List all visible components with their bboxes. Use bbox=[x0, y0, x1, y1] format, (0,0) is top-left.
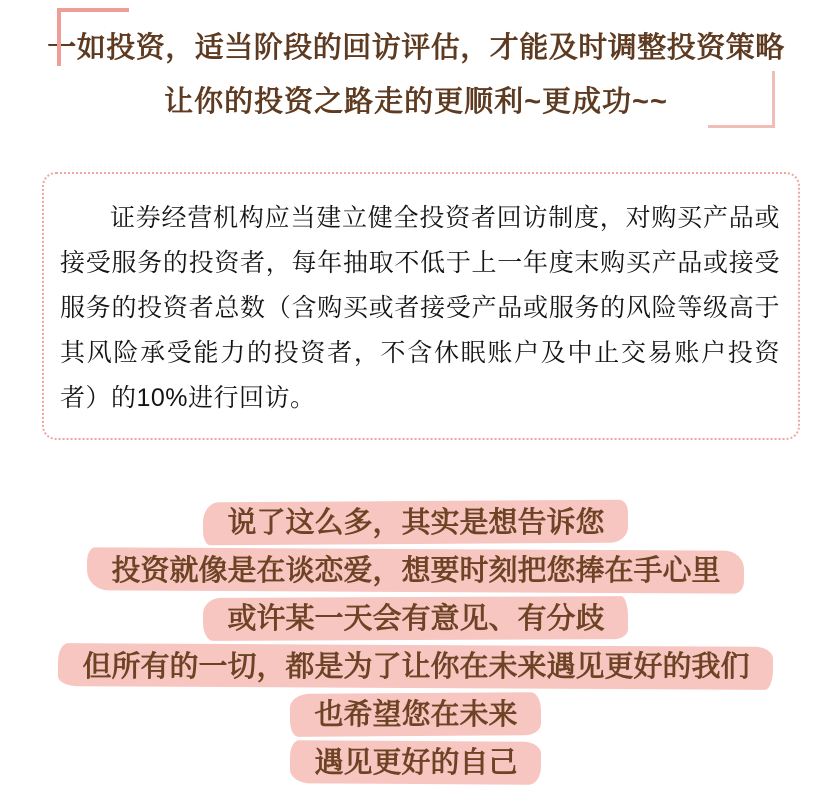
header: 一如投资，适当阶段的回访评估，才能及时调整投资策略 让你的投资之路走的更顺利~更… bbox=[0, 0, 832, 172]
slogan-row: 投资就像是在谈恋爱，想要时刻把您捧在手心里 bbox=[0, 545, 832, 593]
slogan-highlight: 但所有的一切，都是为了让你在未来遇见更好的我们 bbox=[76, 642, 755, 689]
notice-text: 证券经营机构应当建立健全投资者回访制度，对购买产品或接受服务的投资者，每年抽取不… bbox=[60, 196, 780, 421]
slogan-highlight: 也希望您在未来 bbox=[308, 690, 523, 737]
notice-box: 证券经营机构应当建立健全投资者回访制度，对购买产品或接受服务的投资者，每年抽取不… bbox=[42, 172, 800, 440]
page: 一如投资，适当阶段的回访评估，才能及时调整投资策略 让你的投资之路走的更顺利~更… bbox=[0, 0, 832, 785]
slogan-row: 但所有的一切，都是为了让你在未来遇见更好的我们 bbox=[0, 641, 832, 689]
slogan-highlight: 或许某一天会有意见、有分歧 bbox=[221, 594, 610, 641]
slogan-section: 说了这么多，其实是想告诉您 投资就像是在谈恋爱，想要时刻把您捧在手心里 或许某一… bbox=[0, 497, 832, 785]
slogan-highlight: 遇见更好的自己 bbox=[308, 738, 523, 785]
corner-bracket-bottom-right bbox=[708, 71, 775, 128]
slogan-row: 遇见更好的自己 bbox=[0, 737, 832, 785]
slogan-row: 说了这么多，其实是想告诉您 bbox=[0, 497, 832, 545]
slogan-row: 或许某一天会有意见、有分歧 bbox=[0, 593, 832, 641]
corner-bracket-top-left bbox=[57, 8, 129, 66]
slogan-highlight: 说了这么多，其实是想告诉您 bbox=[221, 498, 610, 545]
slogan-highlight: 投资就像是在谈恋爱，想要时刻把您捧在手心里 bbox=[105, 546, 726, 593]
slogan-row: 也希望您在未来 bbox=[0, 689, 832, 737]
